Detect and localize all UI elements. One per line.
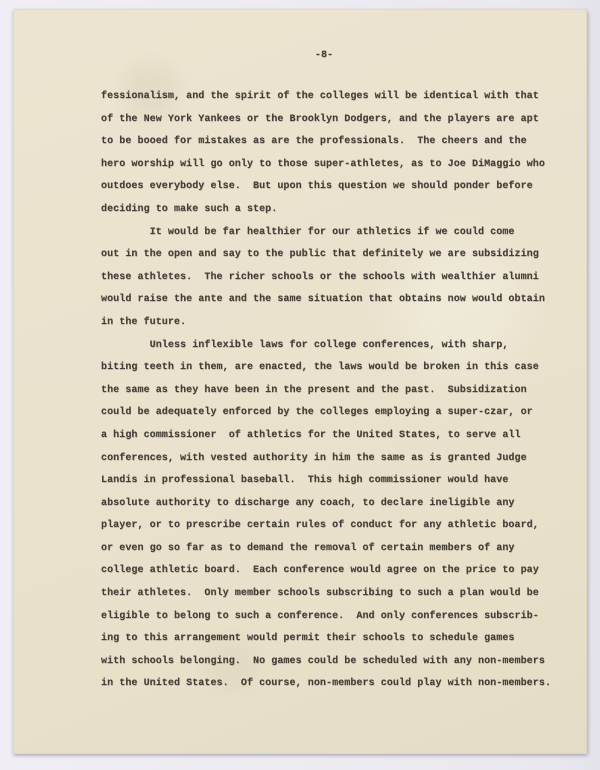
typed-line: eligible to belong to such a conference.… [101,606,561,629]
typed-line: these athletes. The richer schools or th… [101,267,561,290]
typed-line: a high commissioner of athletics for the… [101,425,561,448]
typed-line: player, or to prescribe certain rules of… [101,515,561,538]
typed-line: could be adequately enforced by the coll… [101,402,561,425]
typed-line: biting teeth in them, are enacted, the l… [101,357,561,380]
typed-line: in the United States. Of course, non-mem… [101,673,561,696]
typed-line: in the future. [101,312,561,335]
typed-line: their athletes. Only member schools subs… [101,583,561,606]
typed-line: the same as they have been in the presen… [101,380,561,403]
typed-line: deciding to make such a step. [101,199,561,222]
typed-line: Unless inflexible laws for college confe… [101,335,561,358]
typed-line: to be booed for mistakes as are the prof… [101,131,561,154]
typed-line: It would be far healthier for our athlet… [101,222,561,245]
typed-line: ing to this arrangement would permit the… [101,628,561,651]
typed-line: with schools belonging. No games could b… [101,651,561,674]
typed-line: of the New York Yankees or the Brooklyn … [101,109,561,132]
typed-line: absolute authority to discharge any coac… [101,493,561,516]
typed-line: college athletic board. Each conference … [101,560,561,583]
typed-text-block: fessionalism, and the spirit of the coll… [101,86,561,696]
typed-line: would raise the ante and the same situat… [101,289,561,312]
typed-line: outdoes everybody else. But upon this qu… [101,176,561,199]
typewritten-page: -8- fessionalism, and the spirit of the … [13,9,587,754]
typed-line: out in the open and say to the public th… [101,244,561,267]
typed-line: hero worship will go only to those super… [101,154,561,177]
typed-line: conferences, with vested authority in hi… [101,448,561,471]
typed-line: fessionalism, and the spirit of the coll… [101,86,561,109]
page-number: -8- [101,50,547,61]
typed-line: Landis in professional baseball. This hi… [101,470,561,493]
typed-line: or even go so far as to demand the remov… [101,538,561,561]
scanned-document-background: { "colors": { "scan_background": "#edebf… [0,0,600,770]
